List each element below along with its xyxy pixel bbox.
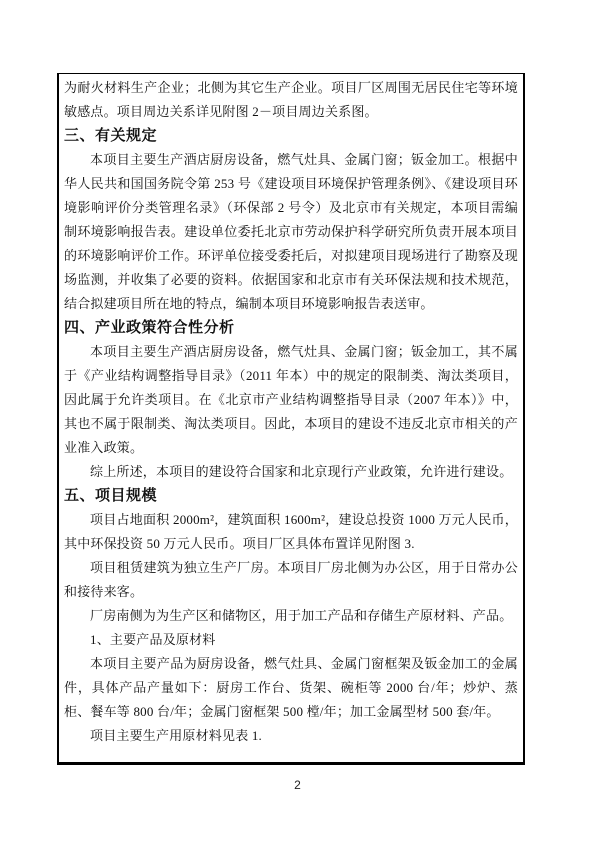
regulations-paragraph: 本项目主要生产酒店厨房设备，燃气灶具、金属门窗；钣金加工。根据中华人民共和国国务… (64, 148, 518, 316)
products-output-paragraph: 本项目主要产品为厨房设备，燃气灶具、金属门窗框架及钣金加工的金属件，具体产品产量… (64, 652, 518, 724)
section-heading-industrial-policy: 四、产业政策符合性分析 (64, 316, 518, 340)
document-page: 为耐火材料生产企业；北侧为其它生产企业。项目厂区周围无居民住宅等环境敏感点。项目… (0, 0, 595, 842)
page-number: 2 (0, 776, 595, 794)
subsection-title-products-materials: 1、主要产品及原材料 (64, 628, 518, 652)
section-heading-regulations: 三、有关规定 (64, 124, 518, 148)
raw-materials-reference-paragraph: 项目主要生产用原材料见表 1. (64, 724, 518, 748)
intro-continuation-paragraph: 为耐火材料生产企业；北侧为其它生产企业。项目厂区周围无居民住宅等环境敏感点。项目… (64, 76, 518, 124)
section-heading-project-scale: 五、项目规模 (64, 484, 518, 508)
project-scale-investment-paragraph: 项目占地面积 2000m²，建筑面积 1600m²，建设总投资 1000 万元人… (64, 508, 518, 556)
industrial-policy-paragraph: 本项目主要生产酒店厨房设备，燃气灶具、金属门窗；钣金加工，其不属于《产业结构调整… (64, 340, 518, 460)
project-scale-south-area-paragraph: 厂房南侧为为生产区和储物区，用于加工产品和存储生产原材料、产品。 (64, 604, 518, 628)
report-form-cell: 为耐火材料生产企业；北侧为其它生产企业。项目厂区周围无居民住宅等环境敏感点。项目… (57, 73, 525, 765)
project-scale-building-paragraph: 项目租赁建筑为独立生产厂房。本项目厂房北侧为办公区，用于日常办公和接待来客。 (64, 556, 518, 604)
industrial-policy-conclusion-paragraph: 综上所述，本项目的建设符合国家和北京现行产业政策，允许进行建设。 (64, 460, 518, 484)
